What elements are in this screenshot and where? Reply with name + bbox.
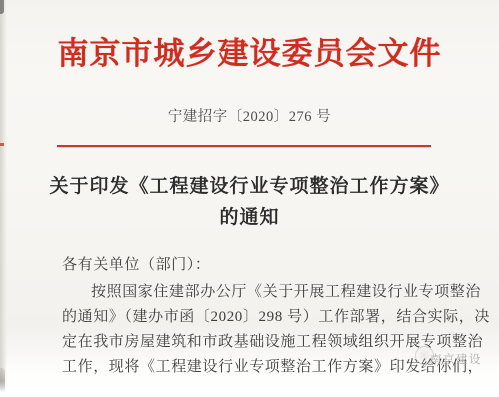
document-body: 各有关单位（部门）： 按照国家住建部办公厅《关于开展工程建设行业专项整治 的通知… [62, 253, 439, 380]
scan-corner-mark-top [0, 0, 4, 14]
body-line: 的通知》（建办市函〔2020〕298 号）工作部署，结合实际，决 [62, 305, 439, 330]
salutation: 各有关单位（部门）： [62, 253, 439, 278]
document-number: 宁建招字〔2020〕276 号 [0, 105, 499, 126]
watermark-label: 南京建设 [430, 351, 482, 367]
body-line: 工作，现将《工程建设行业专项整治工作方案》印发给你们， [62, 355, 439, 380]
scan-red-dot-artifact [0, 143, 4, 146]
notice-title: 关于印发《工程建设行业专项整治工作方案》 的通知 [0, 171, 499, 233]
red-divider-line [57, 145, 431, 147]
notice-title-line2: 的通知 [0, 202, 499, 233]
body-line: 定在我市房屋建筑和市政基础设施工程领域组织开展专项整治 [62, 330, 439, 355]
scanned-document-page: 南京市城乡建设委员会文件 宁建招字〔2020〕276 号 关于印发《工程建设行业… [0, 0, 499, 397]
notice-title-line1: 关于印发《工程建设行业专项整治工作方案》 [0, 171, 499, 202]
body-line: 按照国家住建部办公厅《关于开展工程建设行业专项整治 [62, 280, 439, 305]
scan-bottom-edge [0, 381, 499, 397]
document-header-title: 南京市城乡建设委员会文件 [0, 28, 499, 73]
